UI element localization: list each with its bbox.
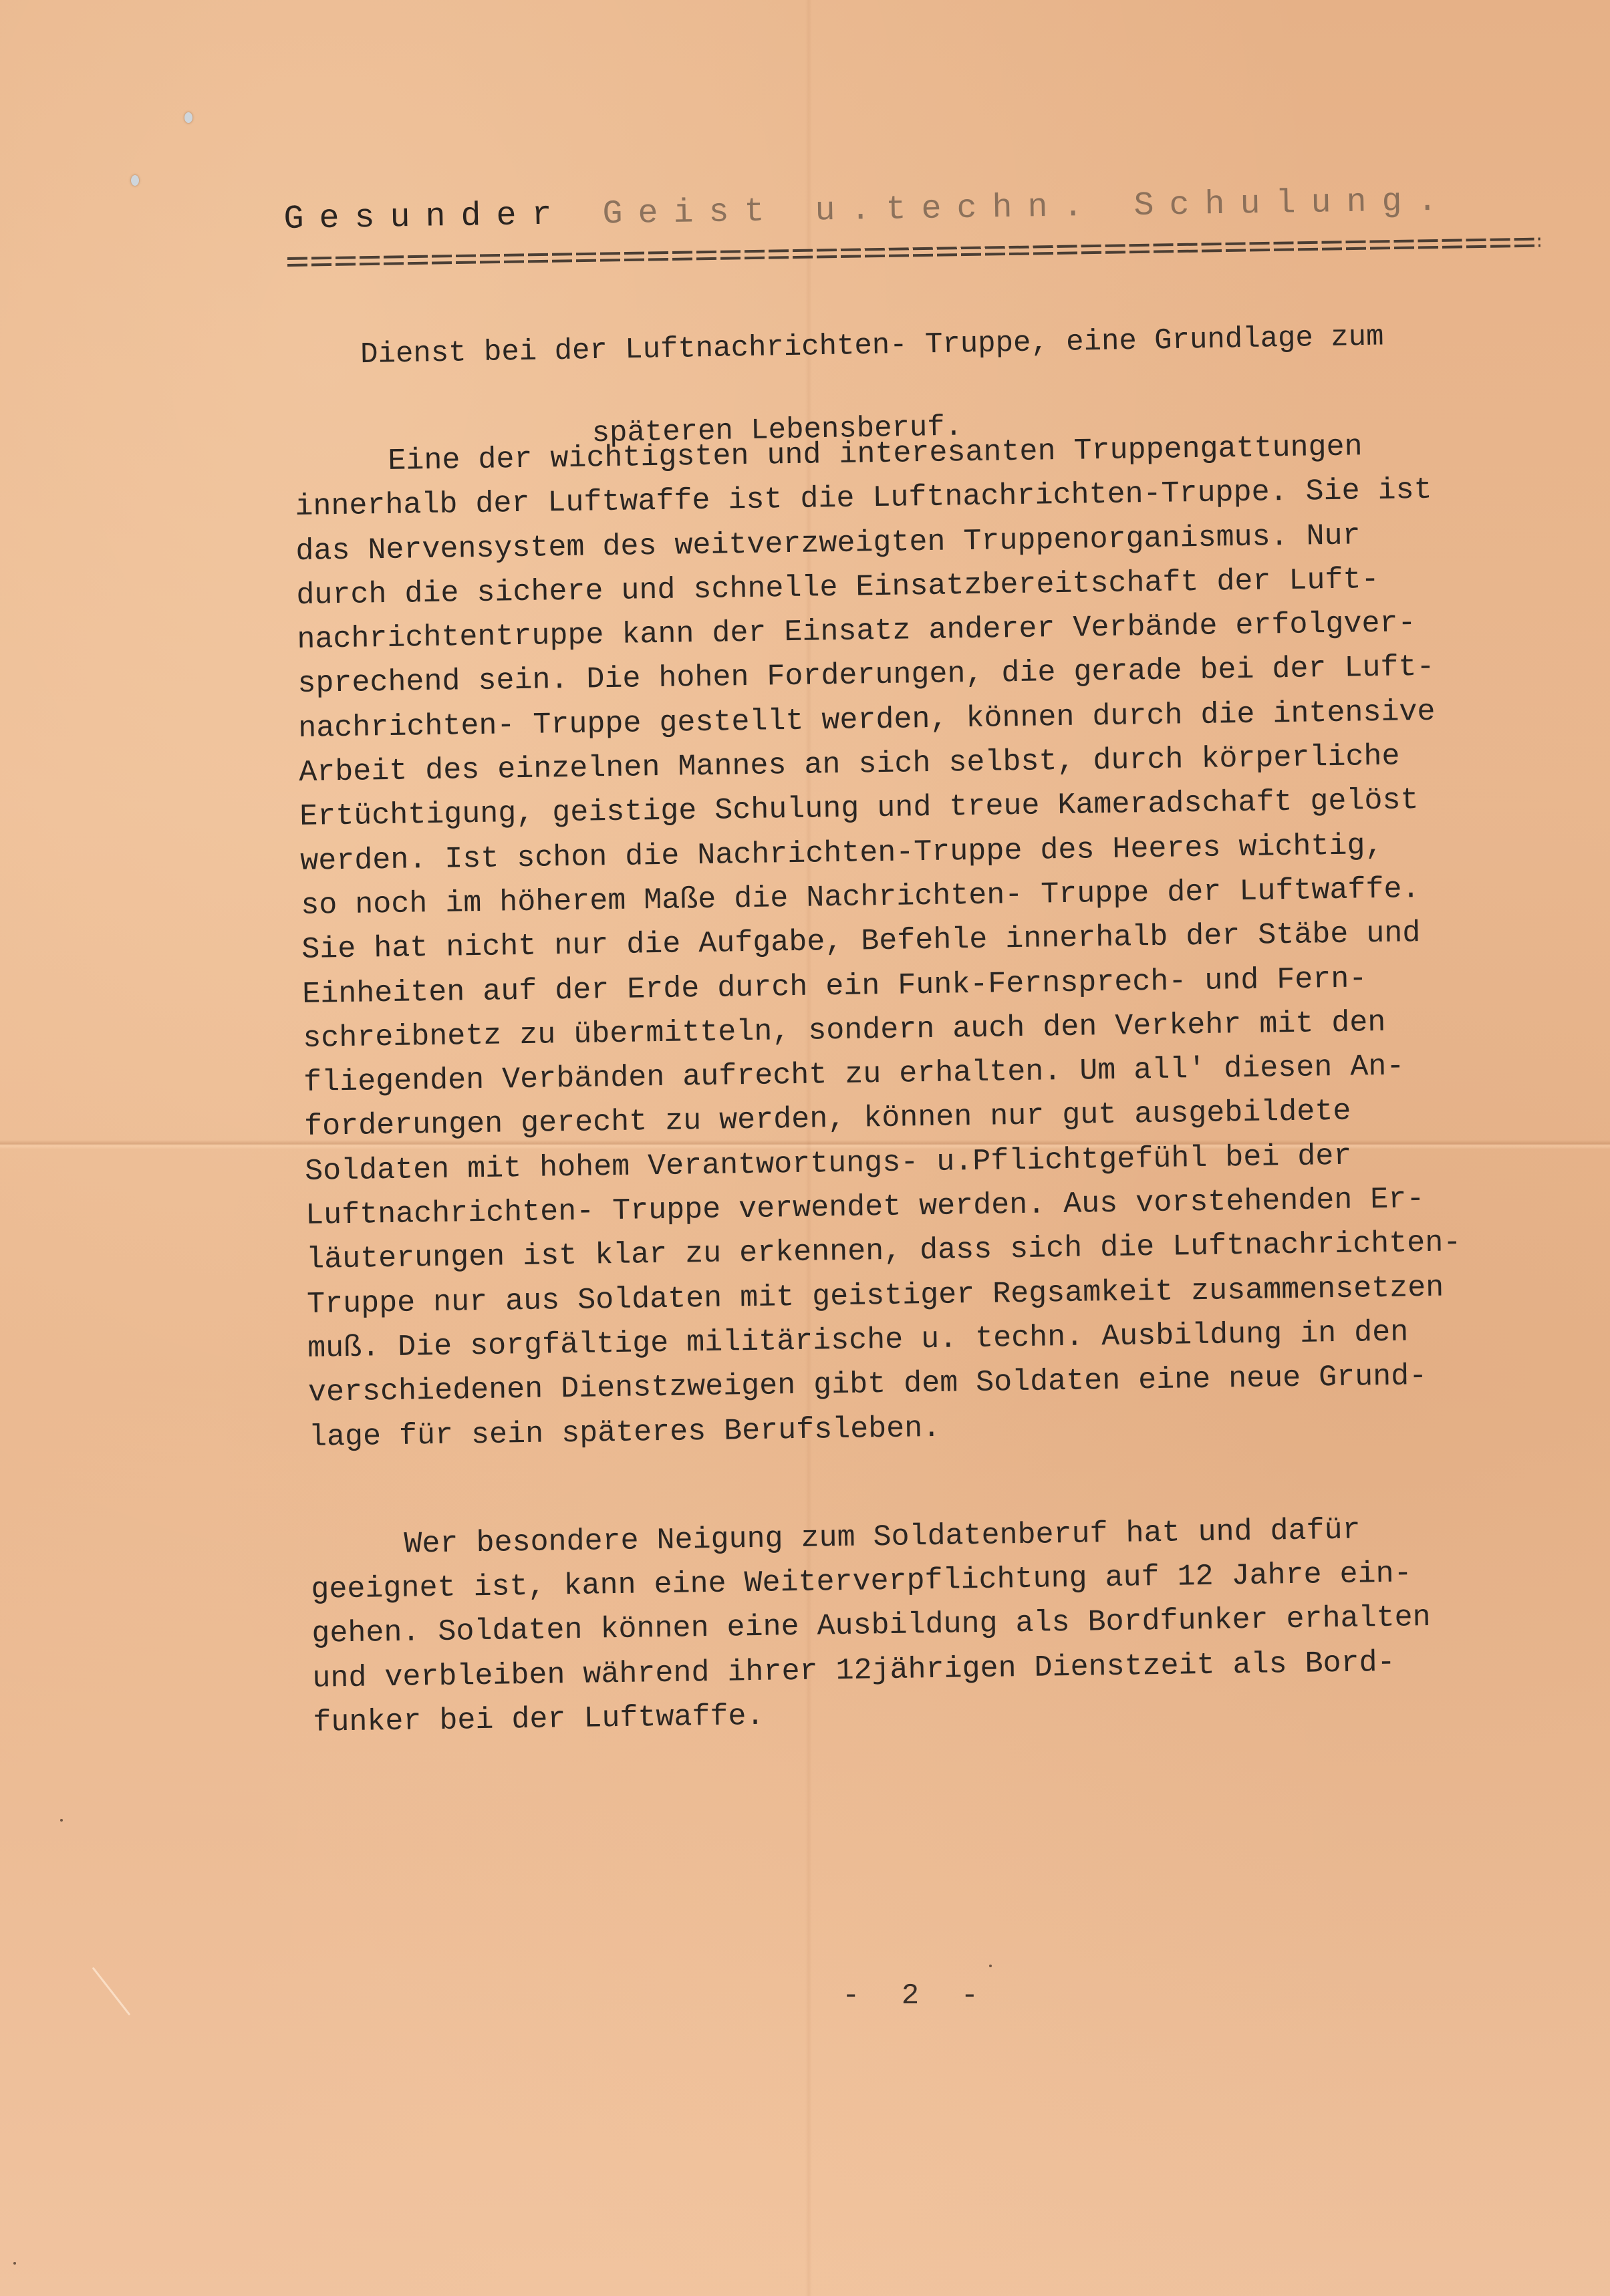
title-part-2: Geist u.techn. Schulung. [602, 182, 1453, 234]
page-number: - 2 - [842, 1979, 990, 2013]
title-double-underline [287, 238, 1540, 271]
paper-hole-mark [131, 175, 139, 186]
document-page: Gesunder Geist u.techn. Schulung. Dienst… [0, 0, 1610, 2296]
paper-hole-mark [184, 112, 192, 123]
title-part-1: Gesunder [283, 196, 603, 239]
subtitle-line-1: Dienst bei der Luftnachrichten- Truppe, … [360, 320, 1384, 372]
ink-speck [60, 1819, 63, 1822]
document-title: Gesunder Geist u.techn. Schulung. [283, 182, 1453, 239]
paragraph-1: Eine der wichtigsten und interesanten Tr… [294, 422, 1610, 1460]
ink-speck [989, 1965, 992, 1967]
document-body: Eine der wichtigsten und interesanten Tr… [294, 422, 1610, 1745]
paragraph-2: Wer besondere Neigung zum Soldatenberuf … [310, 1505, 1610, 1746]
ink-speck [13, 2262, 16, 2265]
paper-scratch [92, 1967, 131, 2016]
